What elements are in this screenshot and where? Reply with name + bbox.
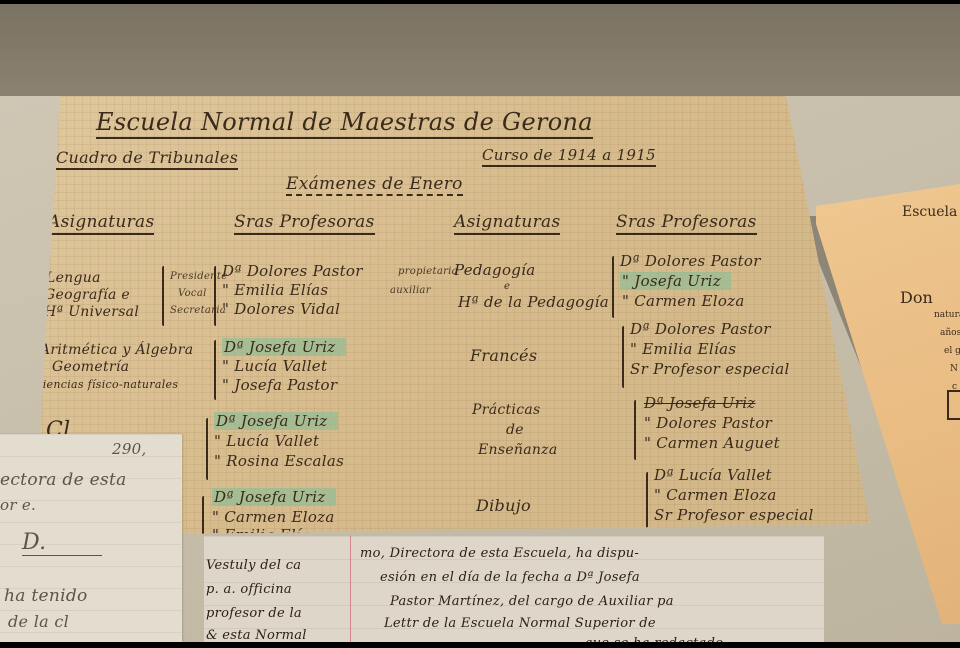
- certificate-line: el gr: [944, 346, 960, 356]
- course-years: Curso de 1914 a 1915: [482, 146, 656, 167]
- card-line: or e.: [0, 496, 36, 514]
- handwritten-letter: Vestuly del ca p. a. officina profesor d…: [204, 536, 824, 642]
- professor-name: Dª Dolores Pastor: [222, 262, 363, 281]
- subject-line: Geometría: [52, 359, 129, 376]
- photo-border: [0, 642, 960, 648]
- brace: [622, 326, 624, 388]
- brace: [634, 400, 636, 460]
- certificate-heading: Escuela: [902, 204, 957, 220]
- margin-note: propietaria: [398, 266, 458, 277]
- professor-name: " Lucía Vallet: [222, 357, 327, 376]
- column-header-professors: Sras Profesoras: [234, 212, 375, 235]
- brace: [646, 472, 648, 536]
- subject-line: Francés: [470, 346, 537, 365]
- professor-name: " Carmen Auguet: [644, 434, 780, 453]
- margin-note: auxiliar: [390, 285, 431, 296]
- card-line: ha tenido: [4, 586, 88, 606]
- professor-name: Dª Dolores Pastor: [620, 252, 761, 271]
- letter-body-line: mo, Directora de esta Escuela, ha dispu-: [360, 546, 639, 561]
- role-label: Secretaria: [170, 302, 226, 319]
- card-line: ectora de esta: [0, 470, 127, 490]
- column-header-subjects: Asignaturas: [48, 212, 154, 235]
- letter-body-line: esión en el día de la fecha a Dª Josefa: [380, 570, 640, 585]
- certificate-line: natural: [934, 310, 960, 320]
- card-number: 290,: [112, 440, 147, 458]
- brace: [214, 340, 216, 400]
- brace: [162, 266, 164, 326]
- professor-name: " Emilia Elías: [222, 281, 328, 300]
- brace: [612, 256, 614, 318]
- highlighted-professor: Dª Josefa Uriz: [214, 412, 338, 430]
- certificate-line: N: [950, 364, 958, 374]
- subject-line: Hª de la Pedagogía: [458, 294, 609, 311]
- subject-line: Prácticas: [472, 402, 540, 419]
- certificate-box: [947, 390, 960, 420]
- subject-line: Pedagogía: [454, 262, 536, 279]
- professor-name: Sr Profesor especial: [630, 360, 790, 379]
- subject-line: Geografía e: [44, 287, 130, 304]
- subject-line: Dibujo: [476, 496, 531, 515]
- brace: [202, 496, 204, 536]
- professor-name: " Josefa Pastor: [222, 376, 337, 395]
- column-header-professors: Sras Profesoras: [616, 212, 757, 235]
- professor-name: " Josefa Uriz: [620, 272, 731, 291]
- margin-line: [350, 536, 351, 642]
- subject-line: Enseñanza: [478, 442, 558, 459]
- professor-name: Dª Josefa Uriz: [212, 488, 336, 507]
- letter-margin-text: profesor de la: [206, 606, 302, 621]
- document-title: Escuela Normal de Maestras de Gerona: [96, 108, 593, 139]
- professor-name: " Dolores Pastor: [644, 414, 772, 433]
- professor-name: Dª Josefa Uriz: [214, 412, 338, 431]
- subject-line: Aritmética y Álgebra: [40, 342, 193, 359]
- professor-name: " Emilia Elías: [630, 340, 736, 359]
- exam-heading: Exámenes de Enero: [286, 174, 463, 196]
- professor-name: " Carmen Eloza: [212, 508, 335, 527]
- professor-name: " Carmen Eloza: [622, 292, 745, 311]
- professor-name: Dª Josefa Uriz: [222, 338, 346, 357]
- highlighted-professor: " Josefa Uriz: [620, 272, 731, 290]
- role-label: Vocal: [178, 285, 207, 302]
- subject-line: Ciencias físico-naturales: [34, 376, 178, 393]
- card-line: de la cl: [8, 612, 69, 631]
- professor-name: Sr Profesor especial: [654, 506, 814, 525]
- highlighted-professor: Dª Josefa Uriz: [212, 488, 336, 506]
- highlighted-professor: Dª Josefa Uriz: [222, 338, 346, 356]
- letter-body-line: Pastor Martínez, del cargo de Auxiliar p…: [390, 594, 674, 609]
- letter-margin-text: p. a. officina: [206, 582, 292, 597]
- photo-scene: Escuela Don natural años, el gr N c Escu…: [0, 0, 960, 648]
- letter-body-line: Lettr de la Escuela Normal Superior de: [384, 616, 656, 631]
- document-subtitle: Cuadro de Tribunales: [56, 148, 238, 170]
- letter-margin-text: & esta Normal: [206, 628, 307, 643]
- certificate-line: años,: [940, 328, 960, 338]
- professor-name: Dª Dolores Pastor: [630, 320, 771, 339]
- card-line: D.: [22, 530, 102, 556]
- subject-line: Hª Universal: [44, 304, 139, 321]
- column-header-subjects: Asignaturas: [454, 212, 560, 235]
- letter-margin-text: Vestuly del ca: [206, 558, 301, 573]
- professor-name: " Rosina Escalas: [214, 452, 344, 471]
- subject-line: Lengua: [46, 270, 101, 287]
- handwritten-note-card: 290, ectora de esta or e. D. ha tenido d…: [0, 434, 182, 642]
- brace: [214, 266, 216, 326]
- professor-name: " Lucía Vallet: [214, 432, 319, 451]
- professor-name: " Carmen Eloza: [654, 486, 777, 505]
- professor-name-struck: Dª Josefa Uriz: [644, 394, 756, 413]
- professor-name: Dª Lucía Vallet: [654, 466, 772, 485]
- display-case-back-wall: [0, 4, 960, 98]
- role-label: Presidente: [170, 268, 227, 285]
- brace: [206, 418, 208, 480]
- professor-name: " Dolores Vidal: [222, 300, 340, 319]
- certificate-salutation: Don: [900, 288, 933, 307]
- subject-line: de: [506, 422, 524, 439]
